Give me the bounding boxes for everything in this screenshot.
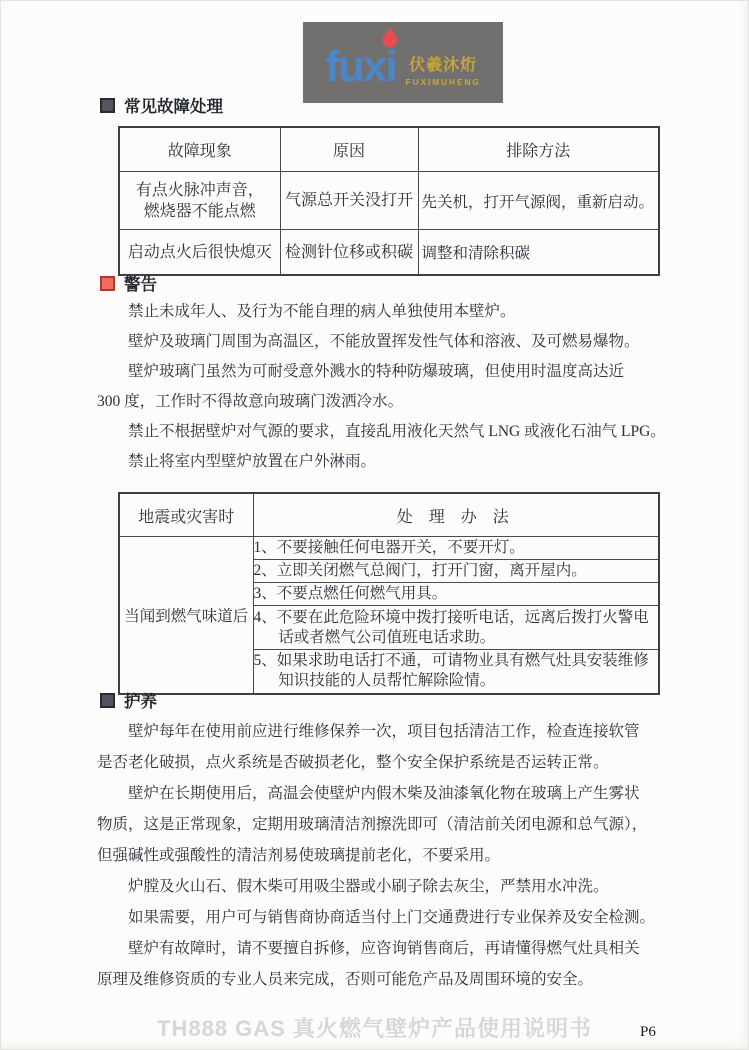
brand-logo-left: fuxi	[325, 41, 395, 85]
earthquake-step: 3、不要点燃任何燃气用具。	[253, 583, 659, 606]
fault-cell-phenomenon: 有点火脉冲声音， 燃烧器不能点燃	[119, 172, 280, 230]
earthquake-table-header-row: 地震或灾害时 处 理 办 法	[119, 493, 659, 537]
earthquake-step-text: 3、不要点燃任何燃气用具。	[244, 584, 652, 604]
earthquake-step-text: 4、不要在此危险环境中拨打接听电话，远离后拨打火警电 话或者燃气公司值班电话求助…	[244, 608, 652, 648]
earthquake-row-label: 当闻到燃气味道后	[119, 537, 253, 694]
earthquake-col-header: 地震或灾害时	[119, 493, 253, 537]
brand-name-latin: fuxi	[325, 42, 395, 91]
manual-page: fuxi 伏羲沐烆 FUXIMUHENG 常见故障处理 故障现象 原因 排除方法…	[0, 0, 749, 1050]
page-number: P6	[640, 1024, 656, 1041]
earthquake-step-text: 5、如果求助电话打不通，可请物业具有燃气灶具安装维修 知识技能的人员帮忙解除险情…	[244, 651, 652, 691]
earthquake-step: 5、如果求助电话打不通，可请物业具有燃气灶具安装维修 知识技能的人员帮忙解除险情…	[253, 650, 659, 694]
warning-paragraph: 禁止将室内型壁炉放置在户外淋雨。	[97, 447, 682, 477]
care-paragraphs: 壁炉每年在使用前应进行维修保养一次，项目包括清洁工作，检查连接软管 是否老化破损…	[97, 716, 682, 995]
care-paragraph: 壁炉在长期使用后，高温会使壁炉内假木柴及油漆氧化物在玻璃上产生雾状 物质，这是正…	[97, 778, 682, 871]
fault-col-header: 排除方法	[418, 127, 659, 172]
warning-paragraph: 壁炉及玻璃门周围为高温区，不能放置挥发性气体和溶液、及可燃易爆物。	[97, 327, 682, 357]
brand-logo-right: 伏羲沐烆 FUXIMUHENG	[406, 38, 481, 87]
fault-cell-remedy: 调整和清除积碳	[418, 230, 659, 276]
earthquake-step-text: 2、立即关闭燃气总阀门，打开门窗，离开屋内。	[244, 561, 652, 581]
section-header-care: 护养	[100, 688, 157, 712]
care-paragraph: 如果需要，用户可与销售商协商适当付上门交通费进行专业保养及安全检测。	[97, 902, 682, 933]
earthquake-col-header: 处 理 办 法	[253, 493, 659, 537]
fault-table-row: 有点火脉冲声音， 燃烧器不能点燃 气源总开关没打开 先关机，打开气源阀，重新启动…	[119, 172, 659, 230]
section-marker-square-icon	[100, 693, 115, 708]
warning-paragraphs: 禁止未成年人、及行为不能自理的病人单独使用本壁炉。 壁炉及玻璃门周围为高温区，不…	[97, 297, 682, 477]
earthquake-step: 4、不要在此危险环境中拨打接听电话，远离后拨打火警电 话或者燃气公司值班电话求助…	[253, 606, 659, 650]
warning-paragraph: 禁止不根据壁炉对气源的要求，直接乱用液化天然气 LNG 或液化石油气 LPG。	[97, 417, 682, 447]
fault-table-header-row: 故障现象 原因 排除方法	[119, 127, 659, 172]
fault-table: 故障现象 原因 排除方法 有点火脉冲声音， 燃烧器不能点燃 气源总开关没打开 先…	[118, 126, 660, 276]
earthquake-step-row: 当闻到燃气味道后 1、不要接触任何电器开关，不要开灯。	[119, 537, 659, 560]
section-header-fault: 常见故障处理	[100, 93, 223, 117]
fault-cell-cause: 气源总开关没打开	[280, 172, 418, 230]
earthquake-table: 地震或灾害时 处 理 办 法 当闻到燃气味道后 1、不要接触任何电器开关，不要开…	[118, 492, 660, 695]
brand-name-chinese: 伏羲沐烆	[409, 52, 477, 75]
brand-name-pinyin: FUXIMUHENG	[406, 77, 481, 87]
warning-paragraph: 壁炉玻璃门虽然为可耐受意外溅水的特种防爆玻璃，但使用时温度高达近 300 度，工…	[97, 357, 682, 417]
fault-cell-cause: 检测针位移或积碳	[280, 230, 418, 276]
section-title: 护养	[124, 688, 157, 712]
section-title: 警告	[124, 271, 157, 295]
section-title: 常见故障处理	[124, 93, 223, 117]
footer-watermark: TH888 GAS 真火燃气壁炉产品使用说明书	[0, 1012, 749, 1043]
care-paragraph: 炉膛及火山石、假木柴可用吸尘器或小刷子除去灰尘，严禁用水冲洗。	[97, 871, 682, 902]
warning-marker-square-icon	[100, 276, 115, 291]
warning-paragraph: 禁止未成年人、及行为不能自理的病人单独使用本壁炉。	[97, 297, 682, 327]
section-header-warning: 警告	[100, 271, 157, 295]
earthquake-step: 1、不要接触任何电器开关，不要开灯。	[253, 537, 659, 560]
care-paragraph: 壁炉每年在使用前应进行维修保养一次，项目包括清洁工作，检查连接软管 是否老化破损…	[97, 716, 682, 778]
care-paragraph: 壁炉有故障时，请不要擅自拆修，应咨询销售商后，再请懂得燃气灶具相关 原理及维修资…	[97, 933, 682, 995]
section-marker-square-icon	[100, 98, 115, 113]
fault-col-header: 故障现象	[119, 127, 280, 172]
fault-cell-remedy: 先关机，打开气源阀，重新启动。	[418, 172, 659, 230]
fault-table-row: 启动点火后很快熄灭 检测针位移或积碳 调整和清除积碳	[119, 230, 659, 276]
brand-logo: fuxi 伏羲沐烆 FUXIMUHENG	[303, 22, 503, 103]
earthquake-step: 2、立即关闭燃气总阀门，打开门窗，离开屋内。	[253, 560, 659, 583]
earthquake-step-text: 1、不要接触任何电器开关，不要开灯。	[244, 538, 652, 558]
fault-col-header: 原因	[280, 127, 418, 172]
fault-cell-phenomenon: 启动点火后很快熄灭	[119, 230, 280, 276]
